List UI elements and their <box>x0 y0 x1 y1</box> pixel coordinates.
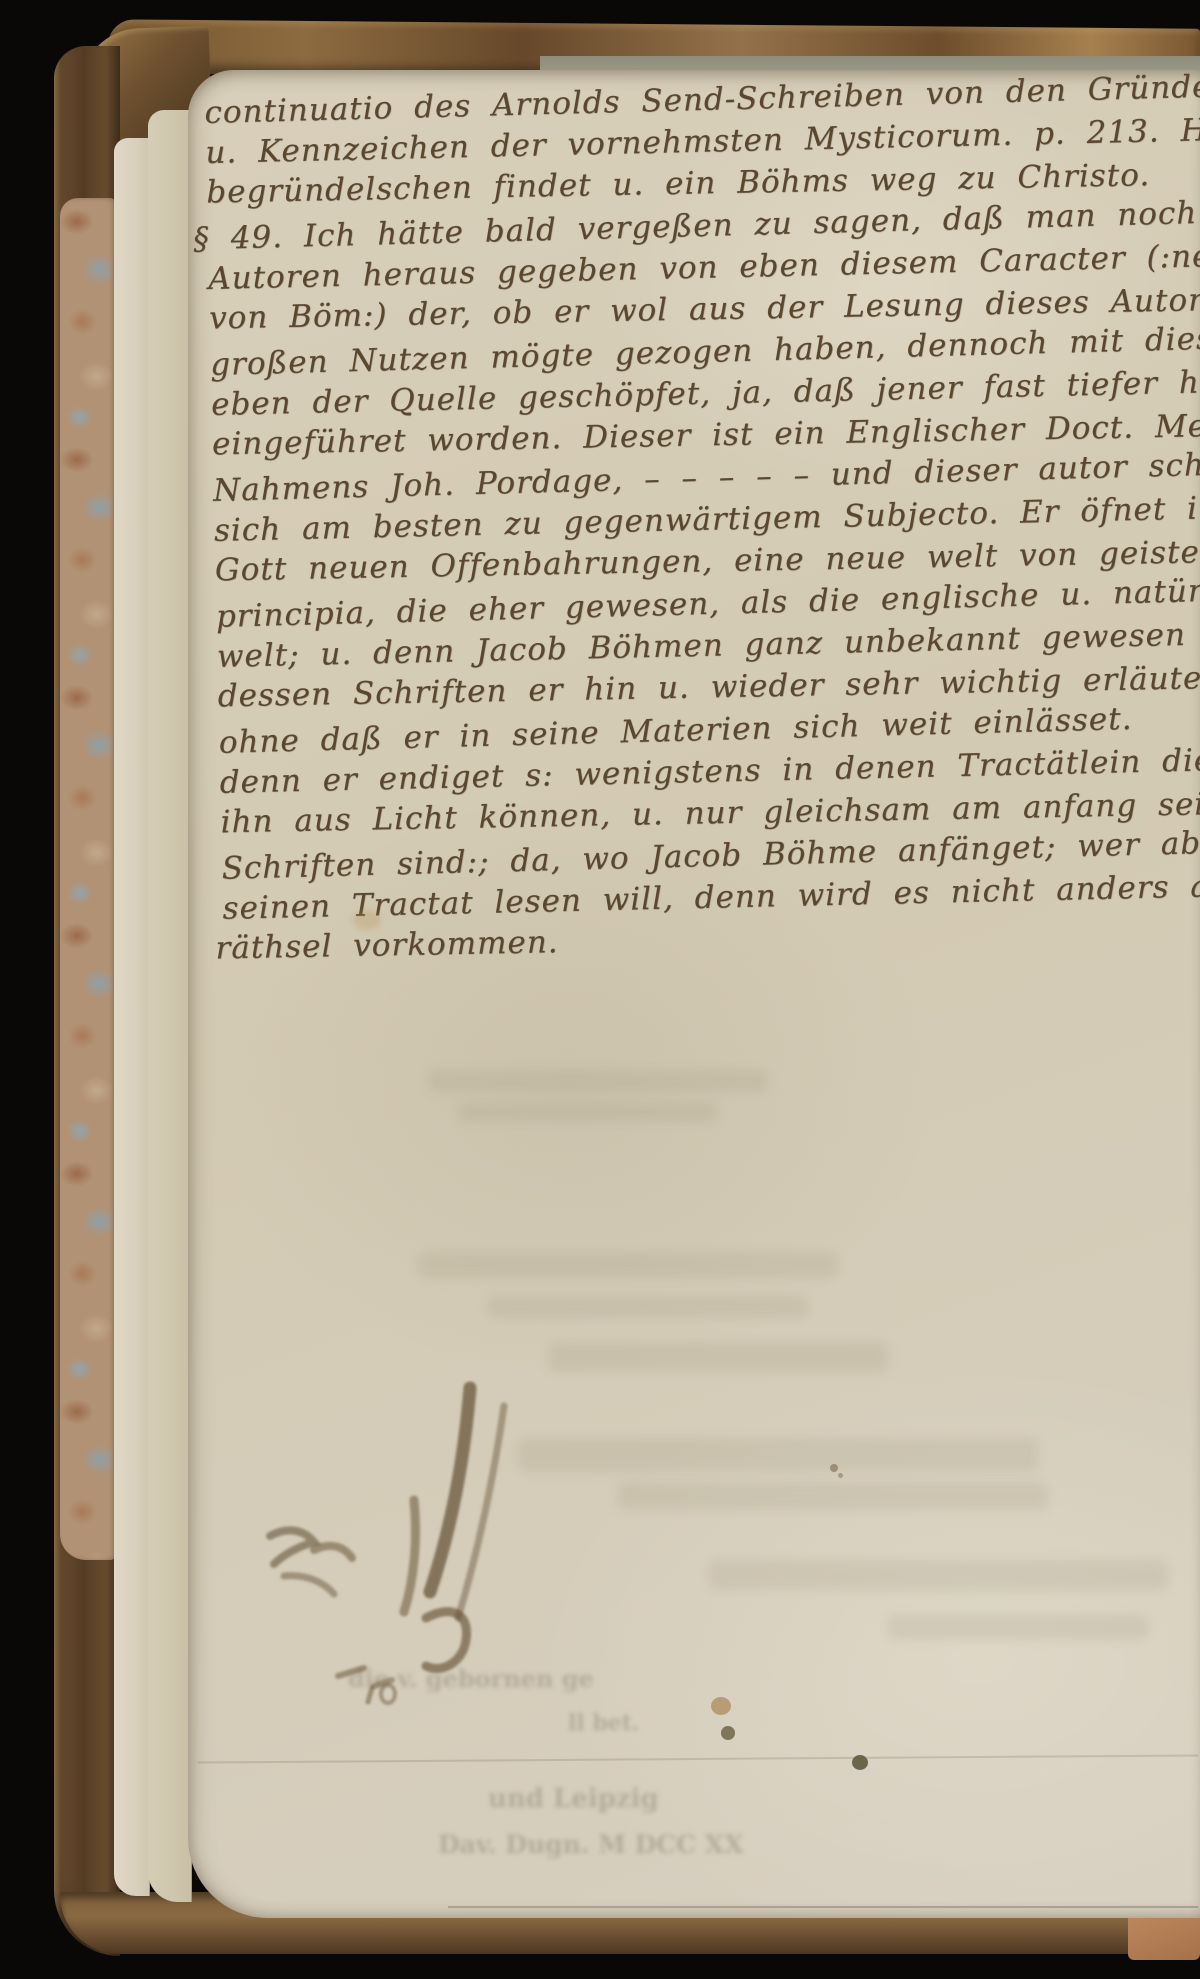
underlying-page-edge <box>148 110 192 1902</box>
ink-speck <box>838 1473 843 1478</box>
print-through-ghost <box>618 1482 1048 1510</box>
print-through-ghost <box>518 1438 1038 1472</box>
marbled-endpaper-edge <box>60 198 116 1560</box>
print-through-ghost <box>488 1296 808 1318</box>
ink-dot <box>852 1755 868 1770</box>
paper-stain <box>353 910 381 930</box>
print-through-text: und Leipzig <box>488 1784 659 1814</box>
paper-crease <box>198 1755 1198 1764</box>
handwritten-text-block: continuatio des Arnolds Send-Schreiben v… <box>204 64 1200 972</box>
ink-dot <box>721 1726 735 1740</box>
page-bottom-edge-line <box>448 1906 1198 1908</box>
print-through-ghost <box>458 1102 718 1122</box>
print-through-text: Dav. Dugn. M DCC XX <box>438 1830 744 1859</box>
ink-dot <box>711 1697 731 1715</box>
print-through-ghost <box>418 1252 838 1278</box>
ink-speck <box>830 1464 838 1472</box>
manuscript-page: continuatio des Arnolds Send-Schreiben v… <box>188 70 1200 1918</box>
print-through-text: ll bet. <box>568 1710 640 1736</box>
print-through-ghost <box>888 1615 1148 1639</box>
print-through-ghost <box>708 1560 1168 1590</box>
underlying-page-edge <box>114 138 150 1896</box>
print-through-ghost <box>428 1070 768 1092</box>
print-through-ghost <box>548 1342 888 1372</box>
ink-offset-smudge <box>218 1380 558 1710</box>
manuscript-photo: continuatio des Arnolds Send-Schreiben v… <box>0 0 1200 1979</box>
